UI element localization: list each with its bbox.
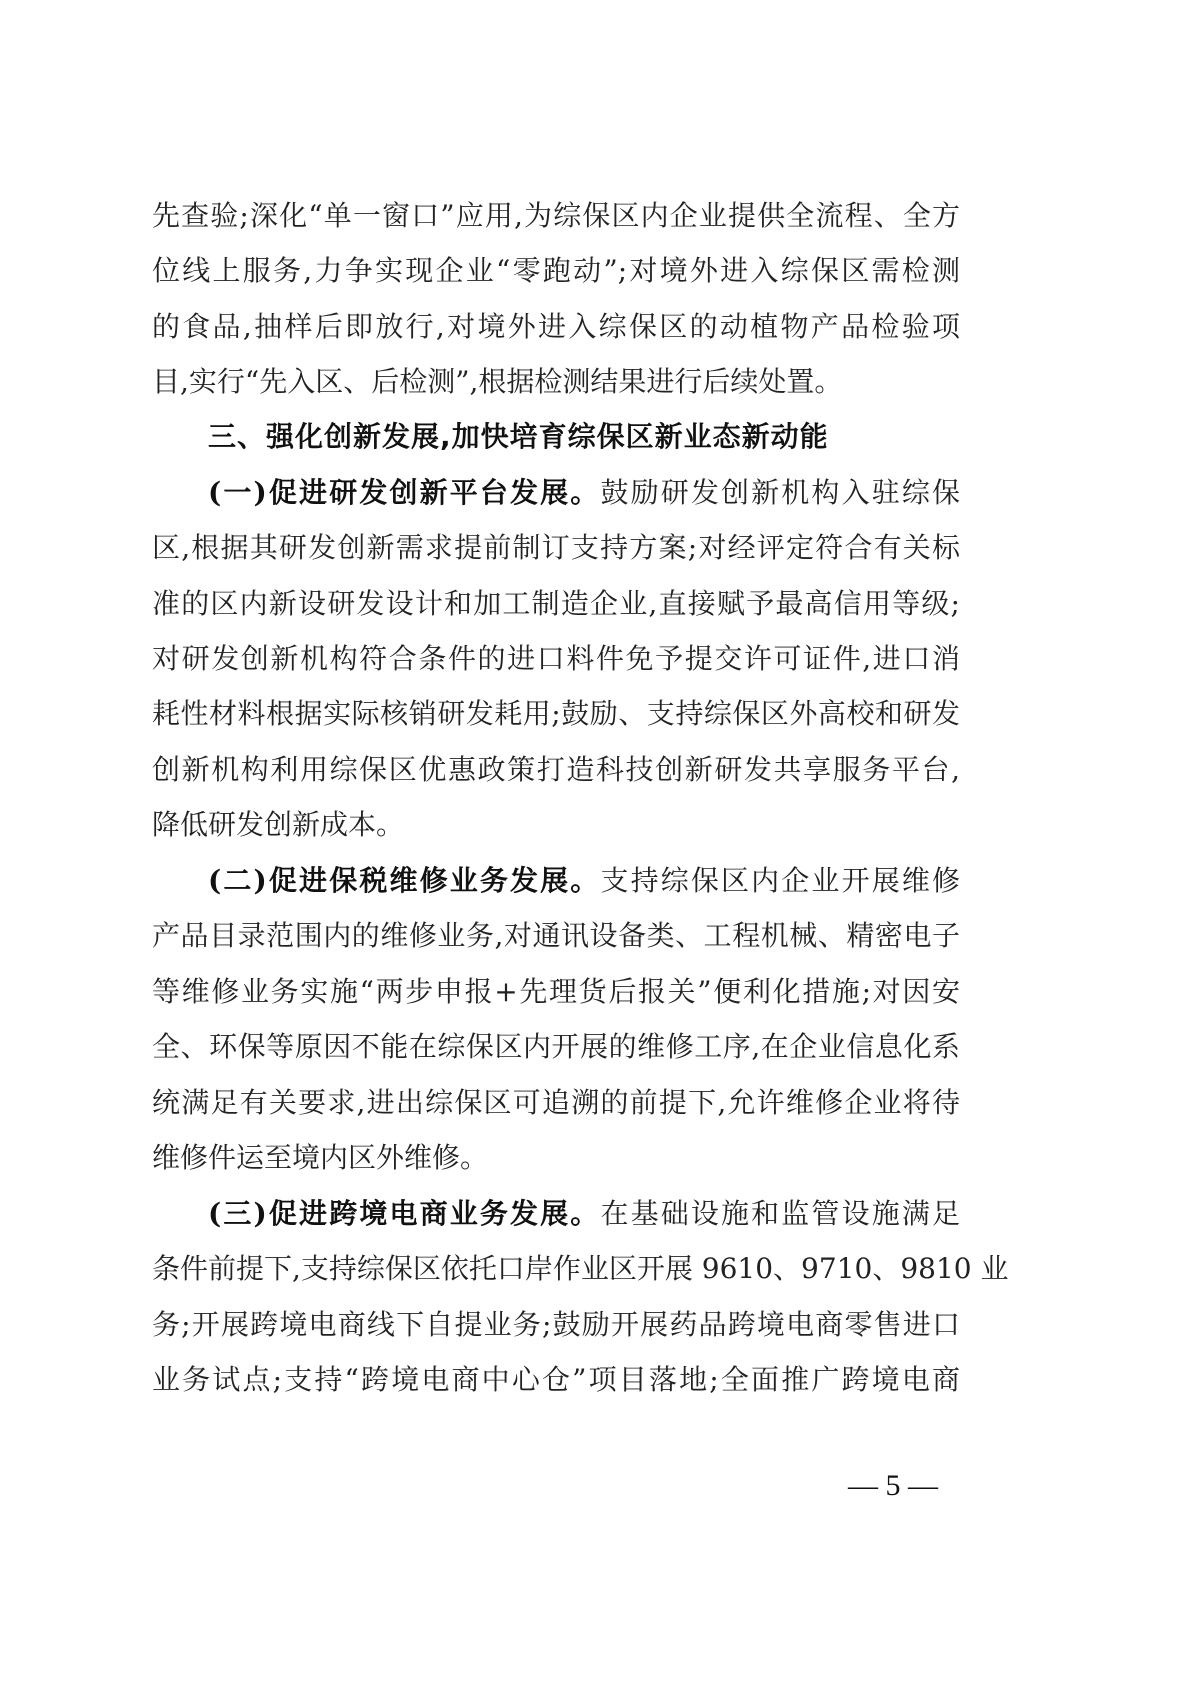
item-first-line: (一)促进研发创新平台发展。鼓励研发创新机构入驻综保 (208, 465, 960, 521)
item-lead-title: (一)促进研发创新平台发展。 (208, 476, 600, 509)
item-lead-title: (三)促进跨境电商业务发展。 (208, 1197, 600, 1230)
paragraph-line: 全、环保等原因不能在综保区内开展的维修工序,在企业信息化系 (152, 1019, 960, 1075)
item-first-line-text: 在基础设施和监管设施满足 (600, 1197, 960, 1230)
document-page: 先查验;深化“单一窗口”应用,为综保区内企业提供全流程、全方 位线上服务,力争实… (0, 0, 1200, 1703)
page-number: — 5 — (848, 1466, 938, 1506)
paragraph-line: 条件前提下,支持综保区依托口岸作业区开展 9610、9710、9810 业 (152, 1241, 960, 1297)
paragraph-line: 准的区内新设研发设计和加工制造企业,直接赋予最高信用等级; (152, 576, 960, 632)
paragraph-line: 产品目录范围内的维修业务,对通讯设备类、工程机械、精密电子 (152, 908, 960, 964)
paragraph-line: 等维修业务实施“两步申报+先理货后报关”便利化措施;对因安 (152, 964, 960, 1020)
paragraph-line: 位线上服务,力争实现企业“零跑动”;对境外进入综保区需检测 (152, 243, 960, 299)
paragraph-line: 的食品,抽样后即放行,对境外进入综保区的动植物产品检验项 (152, 299, 960, 355)
item-first-line-text: 鼓励研发创新机构入驻综保 (600, 476, 960, 509)
paragraph-line: 目,实行“先入区、后检测”,根据检测结果进行后续处置。 (152, 354, 960, 410)
section-heading: 三、强化创新发展,加快培育综保区新业态新动能 (208, 409, 829, 465)
paragraph-line: 区,根据其研发创新需求提前制订支持方案;对经评定符合有关标 (152, 520, 960, 576)
paragraph-line: 耗性材料根据实际核销研发耗用;鼓励、支持综保区外高校和研发 (152, 686, 960, 742)
item-first-line-text: 支持综保区内企业开展维修 (600, 864, 960, 897)
paragraph-line: 业务试点;支持“跨境电商中心仓”项目落地;全面推广跨境电商 (152, 1352, 960, 1408)
item-first-line: (三)促进跨境电商业务发展。在基础设施和监管设施满足 (208, 1186, 960, 1242)
paragraph-line: 降低研发创新成本。 (152, 797, 960, 853)
paragraph-line: 维修件运至境内区外维修。 (152, 1130, 960, 1186)
paragraph-line: 对研发创新机构符合条件的进口料件免予提交许可证件,进口消 (152, 631, 960, 687)
item-first-line: (二)促进保税维修业务发展。支持综保区内企业开展维修 (208, 853, 960, 909)
paragraph-line: 先查验;深化“单一窗口”应用,为综保区内企业提供全流程、全方 (152, 188, 960, 244)
paragraph-line: 统满足有关要求,进出综保区可追溯的前提下,允许维修企业将待 (152, 1075, 960, 1131)
paragraph-line: 创新机构利用综保区优惠政策打造科技创新研发共享服务平台, (152, 742, 960, 798)
item-lead-title: (二)促进保税维修业务发展。 (208, 864, 600, 897)
paragraph-line: 务;开展跨境电商线下自提业务;鼓励开展药品跨境电商零售进口 (152, 1297, 960, 1353)
